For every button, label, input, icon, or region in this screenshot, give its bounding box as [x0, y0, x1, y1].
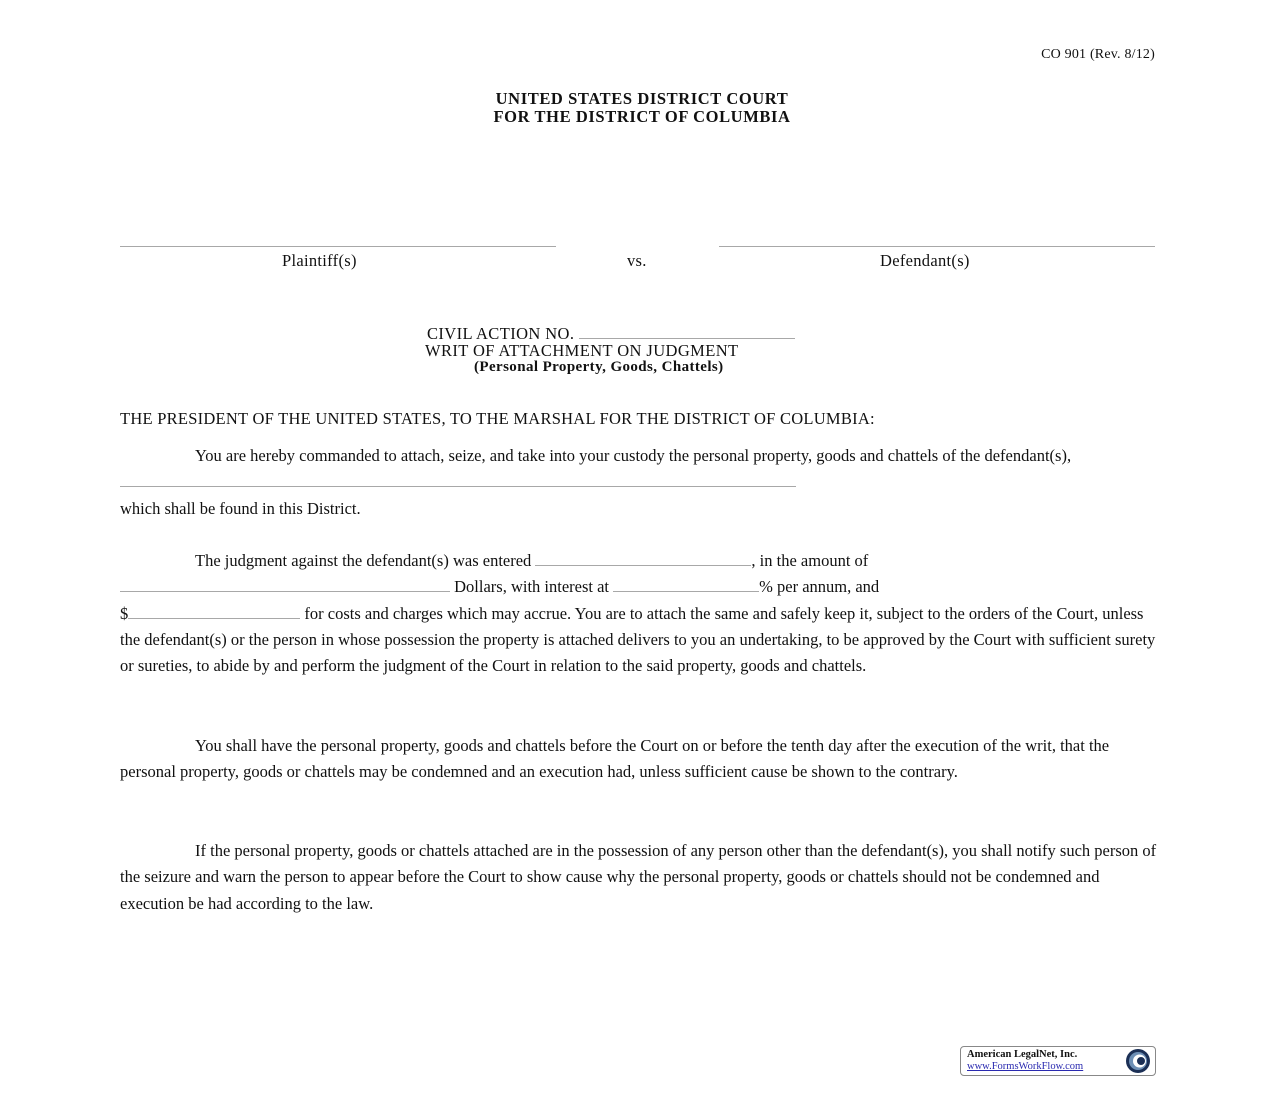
dollar-sign: $ [120, 604, 128, 623]
defendant-label: Defendant(s) [880, 251, 970, 271]
american-legalnet-logo[interactable]: American LegalNet, Inc. www.FormsWorkFlo… [960, 1046, 1156, 1076]
writ-subtitle: (Personal Property, Goods, Chattels) [474, 359, 724, 376]
plaintiff-field[interactable] [120, 232, 556, 247]
defendant-field[interactable] [719, 232, 1155, 247]
court-name: UNITED STATES DISTRICT COURT [0, 89, 1275, 109]
amount-field[interactable] [120, 577, 450, 592]
paragraph3-text: You shall have the personal property, go… [120, 736, 1109, 781]
per-annum-text: % per annum, and [759, 577, 879, 596]
paragraph1-text-end: which shall be found in this District. [120, 499, 361, 518]
paragraph-judgment-details: The judgment against the defendant(s) wa… [120, 548, 1160, 679]
dollars-interest-text: Dollars, with interest at [454, 577, 609, 596]
paragraph1-text: You are hereby commanded to attach, seiz… [195, 446, 1071, 465]
amount-of-text: , in the amount of [751, 551, 868, 570]
paragraph-third-party-possession: If the personal property, goods or chatt… [120, 838, 1160, 917]
versus-label: vs. [627, 251, 647, 271]
judgment-entered-text: The judgment against the defendant(s) wa… [195, 551, 531, 570]
paragraph-tenth-day: You shall have the personal property, go… [120, 733, 1160, 786]
plaintiff-label: Plaintiff(s) [282, 251, 357, 271]
court-district: FOR THE DISTRICT OF COLUMBIA [0, 107, 1275, 127]
civil-action-number-field[interactable] [579, 324, 795, 339]
globe-logo-icon [1125, 1048, 1151, 1074]
costs-field[interactable] [128, 604, 300, 619]
form-number: CO 901 (Rev. 8/12) [1041, 47, 1155, 63]
paragraph4-text: If the personal property, goods or chatt… [120, 841, 1156, 913]
judgment-date-field[interactable] [535, 551, 751, 566]
logo-company-name: American LegalNet, Inc. [967, 1049, 1077, 1060]
interest-rate-field[interactable] [613, 577, 759, 592]
defendant-names-field[interactable] [120, 472, 796, 487]
paragraph-attach-command: You are hereby commanded to attach, seiz… [120, 443, 1160, 522]
logo-url-link[interactable]: www.FormsWorkFlow.com [967, 1061, 1083, 1072]
salutation: THE PRESIDENT OF THE UNITED STATES, TO T… [120, 409, 875, 429]
writ-title: WRIT OF ATTACHMENT ON JUDGMENT [425, 341, 739, 361]
